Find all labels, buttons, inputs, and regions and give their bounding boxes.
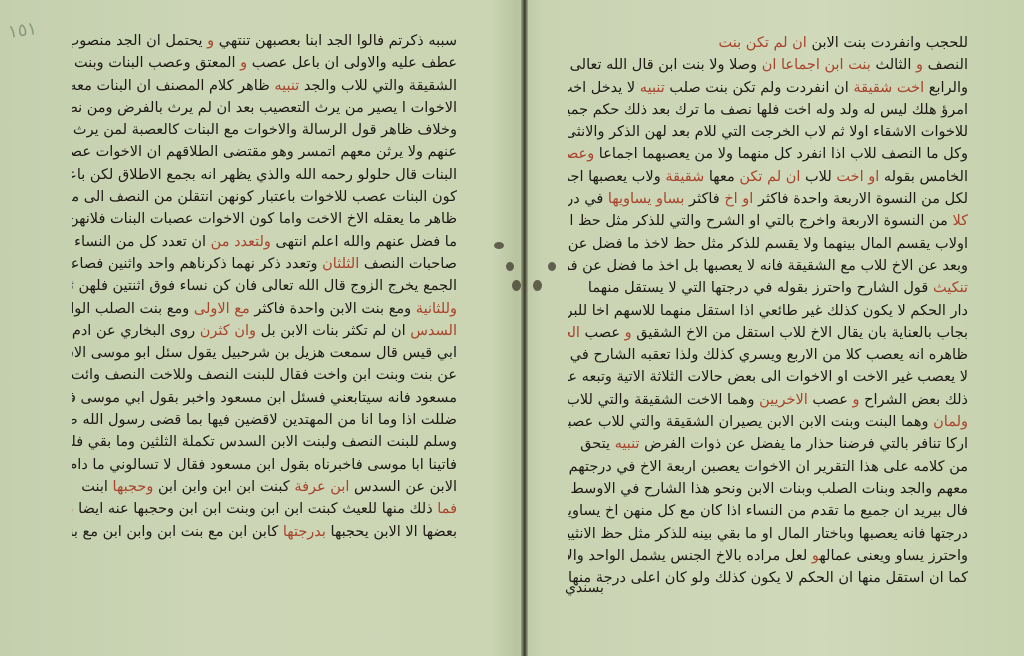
rubric-word: السدس xyxy=(410,323,457,339)
text-line: والرابع اخت شقيقة ان انفردت ولم تكن بنت … xyxy=(568,77,968,99)
text-line: كلا من النسوة الاربعة واخرج بالتي او الش… xyxy=(568,210,968,232)
text-segment: النصف xyxy=(923,57,968,73)
rubric-word: الجد xyxy=(568,325,580,341)
text-segment: والرابع xyxy=(924,80,968,96)
text-line: وللثانية ومع بنت الابن واحدة فاكثر مع ال… xyxy=(72,298,457,320)
rubric-word: الاخريين xyxy=(759,392,808,408)
text-line: من كلامه على هذا التقرير ان الاخوات يعصب… xyxy=(568,456,968,478)
text-line: ابي قيس قال سمعت هزيل بن شرحبيل يقول سئل… xyxy=(72,342,457,364)
rubric-word: كلا xyxy=(952,213,968,229)
text-segment: ولاب يعصبها اجماعا xyxy=(568,169,665,185)
text-line: للحجب وانفردت بنت الابن ان لم تكن بنت xyxy=(568,32,968,54)
text-segment: الاخوات ا يصير من يرث التعصيب بعد ان لم … xyxy=(72,100,457,116)
text-segment: درجتها فانه يعصبها وباختار المال او ما ب… xyxy=(568,526,968,542)
text-segment: امرؤ هلك ليس له ولد وله اخت فلها نصف ما … xyxy=(568,102,968,118)
text-line: البنات قال حلولو رحمه الله والذي يظهر ان… xyxy=(72,164,457,186)
text-segment: اولاب يقسم المال بينهما ولا يقسم للذكر م… xyxy=(568,236,968,252)
text-segment: ظاهر كلام المصنف ان البنات معه التي عصب xyxy=(72,78,274,94)
text-segment: اركا تنافر بالتي فرضنا حذار ما يفضل عن ذ… xyxy=(640,436,968,452)
text-segment: وصلا ولا بنت ابن قال الله تعالى ان xyxy=(568,57,762,73)
text-segment: عطف عليه والاولى ان باعل عصب xyxy=(247,55,457,71)
book-gutter xyxy=(521,0,528,656)
text-line: درجتها فانه يعصبها وباختار المال او ما ب… xyxy=(568,523,968,545)
text-segment: وبعد عن الاخ للاب مع الشقيقة فانه لا يعص… xyxy=(568,258,968,274)
text-segment: ابي قيس قال سمعت هزيل بن شرحبيل يقول سئل… xyxy=(72,345,457,361)
text-line: سببه ذكرتم فالوا الجد ابنا بعصبهن تنتهي … xyxy=(72,30,457,52)
text-segment: معهم والجد وبنات الصلب وبنات الابن ونحو … xyxy=(568,481,968,497)
text-segment: كبنت ابن ابن وابن ابن xyxy=(153,479,294,495)
text-line: معهم والجد وبنات الصلب وبنات الابن ونحو … xyxy=(568,478,968,500)
rubric-word: و xyxy=(625,325,632,341)
text-segment: عن بنت وبنت ابن واخت فقال للبنت النصف ول… xyxy=(72,367,457,383)
folio-number: ١٥١ xyxy=(7,18,39,43)
text-segment: كون البنات عصب للاخوات باعتبار كونهن انت… xyxy=(72,189,457,205)
text-line: واحترز يساو ويعنى عمالهو لعل مراده بالاخ… xyxy=(568,545,968,567)
text-line: وسلم للبنت النصف ولبنت الابن السدس تكملة… xyxy=(72,431,457,453)
text-segment: عصب xyxy=(580,325,625,341)
rubric-word: فما xyxy=(437,501,457,517)
text-segment: بعضها الا الابن يحجبها xyxy=(326,524,457,540)
text-line: عطف عليه والاولى ان باعل عصب و المعتق وع… xyxy=(72,52,457,74)
rubric-word: بدرجتها xyxy=(283,524,326,540)
rubric-word: بنت ابن اجماعا ان xyxy=(762,57,871,73)
text-segment: ضللت اذا وما انا من المهتدين لاقضين فيها… xyxy=(72,412,457,428)
text-segment: ظاهر ما يعقله الاخ الاخت واما كون الاخوا… xyxy=(72,211,457,227)
text-segment: عنهم ولا يرثن معهم اتمسر وهو مقتضى الطلا… xyxy=(72,144,457,160)
text-line: اركا تنافر بالتي فرضنا حذار ما يفضل عن ذ… xyxy=(568,433,968,455)
rubric-word: تنبيه xyxy=(615,436,640,452)
text-segment: الابن عن السدس xyxy=(349,479,457,495)
text-segment: لا يدخل اخت شامل xyxy=(568,80,640,96)
rubric-word: مع الاولى xyxy=(194,301,250,317)
text-line: وبعد عن الاخ للاب مع الشقيقة فانه لا يعص… xyxy=(568,255,968,277)
text-segment: ذلك بعض الشراح xyxy=(860,392,969,408)
text-segment: من النسوة الاربعة واخرج بالتي او الشرح و… xyxy=(568,213,952,229)
rubric-word: الثلثان xyxy=(322,256,359,272)
text-segment: دار الحكم لا يكون كذلك غير طائعي اذا است… xyxy=(568,303,968,319)
text-segment: يحتمل ان الجد منصوب والاخرين xyxy=(72,33,207,49)
text-line: فاتينا ابا موسى فاخبرناه بقول ابن مسعود … xyxy=(72,454,457,476)
text-line: ولمان وهما البنت وبنت الابن الابن يصيران… xyxy=(568,411,968,433)
text-segment: فاكثر xyxy=(684,191,724,207)
text-segment: ابنت xyxy=(81,479,112,495)
text-line: الابن عن السدس ابن عرفة كبنت ابن ابن واب… xyxy=(72,476,457,498)
rubric-word: وان كثرن xyxy=(200,323,256,339)
rubric-word: وللثانية xyxy=(416,301,457,317)
text-line: لا يعصب غير الاخت او الاخوات الى بعض حال… xyxy=(568,366,968,388)
text-segment: ظاهره انه يعصب كلا من الاربع ويسري كذلك … xyxy=(568,347,968,363)
text-line: مسعود فانه سيتابعني فسئل ابن مسعود واخبر… xyxy=(72,387,457,409)
text-line: بجاب بالعناية بان يقال الاخ للاب استقل م… xyxy=(568,322,968,344)
text-segment: ومع بنت الابن واحدة فاكثر xyxy=(250,301,416,317)
rubric-word: تنبيه xyxy=(274,78,299,94)
right-page-text: للحجب وانفردت بنت الابن ان لم تكن بنتالن… xyxy=(568,32,968,589)
text-segment: فال بيريد ان جميع ما تقدم من النساء اذا … xyxy=(568,503,968,519)
text-line: للاخوات الاشقاء اولا ثم لاب الخرجت التي … xyxy=(568,121,968,143)
text-segment: صاحبات النصف xyxy=(359,256,457,272)
text-line: اولاب يقسم المال بينهما ولا يقسم للذكر م… xyxy=(568,233,968,255)
text-segment: الجمع يخرج الزوج قال الله تعالى فان كن ن… xyxy=(72,278,457,294)
rubric-word: و xyxy=(852,392,859,408)
text-segment: واحترز يساو ويعنى عماله xyxy=(819,548,968,564)
binding-hole xyxy=(506,262,514,271)
left-page-text: سببه ذكرتم فالوا الجد ابنا بعصبهن تنتهي … xyxy=(72,30,457,543)
text-segment: ان تعدد كل من النساء الاربع xyxy=(72,234,211,250)
text-segment: ما فضل عنهم والله اعلم انتهى xyxy=(271,234,457,250)
text-line: الشقيقة والتي للاب والجد تنبيه ظاهر كلام… xyxy=(72,75,457,97)
text-line: بعضها الا الابن يحجبها بدرجتها كابن ابن … xyxy=(72,521,457,543)
text-line: ذلك بعض الشراح و عصب الاخريين وهما الاخت… xyxy=(568,389,968,411)
text-segment: وتعدد ذكر نهما ذكرناهم واحد واثنين فصاعد… xyxy=(72,256,322,272)
text-line: الجمع يخرج الزوج قال الله تعالى فان كن ن… xyxy=(72,275,457,297)
rubric-word: وعصب xyxy=(568,146,594,162)
text-segment: وخلاف ظاهر قول الرسالة والاخوات مع البنا… xyxy=(72,122,457,138)
text-segment: لا يعصب غير الاخت او الاخوات الى بعض حال… xyxy=(568,369,968,385)
rubric-word: و xyxy=(916,57,923,73)
rubric-word: ابن عرفة xyxy=(294,479,349,495)
text-segment: ومع بنت الصلب الواحدة اله xyxy=(72,301,194,317)
rubric-word: شقيقة xyxy=(665,169,704,185)
text-line: السدس ان لم تكثر بنات الابن بل وان كثرن … xyxy=(72,320,457,342)
text-line: النصف و الثالث بنت ابن اجماعا ان وصلا ول… xyxy=(568,54,968,76)
text-segment: الشقيقة والتي للاب والجد xyxy=(299,78,457,94)
text-segment: عصب xyxy=(808,392,853,408)
text-line: لكل من النسوة الاربعة واحدة فاكثر او اخ … xyxy=(568,188,968,210)
rubric-word: اخت شقيقة xyxy=(853,80,924,96)
text-line: ظاهره انه يعصب كلا من الاربع ويسري كذلك … xyxy=(568,344,968,366)
text-segment: كما ان استقل منها ان الحكم لا يكون كذلك … xyxy=(568,570,968,586)
text-segment: من كلامه على هذا التقرير ان الاخوات يعصب… xyxy=(568,459,968,475)
rubric-word: ولتعدد من xyxy=(211,234,271,250)
rubric-word: ولمان xyxy=(933,414,968,430)
rubric-word: بساو يساويها xyxy=(608,191,685,207)
right-page: للحجب وانفردت بنت الابن ان لم تكن بنتالن… xyxy=(528,0,1024,656)
text-segment: يتحق xyxy=(580,436,614,452)
text-segment: لكل من النسوة الاربعة واحدة فاكثر xyxy=(753,191,968,207)
rubric-word: تنبيه xyxy=(640,80,665,96)
catchword: بسندي xyxy=(565,580,604,596)
text-line: كون البنات عصب للاخوات باعتبار كونهن انت… xyxy=(72,186,457,208)
rubric-word: او اخت xyxy=(836,169,879,185)
text-segment: روى البخاري عن ادم عن ابي سعيد xyxy=(72,323,200,339)
text-segment: بجاب بالعناية بان يقال الاخ للاب استقل م… xyxy=(632,325,968,341)
text-segment: سببه ذكرتم فالوا الجد ابنا بعصبهن تنتهي xyxy=(214,33,457,49)
text-line: ضللت اذا وما انا من المهتدين لاقضين فيها… xyxy=(72,409,457,431)
text-segment: وهما الاخت الشقيقة والتي للاب xyxy=(568,392,759,408)
rubric-word: او اخ xyxy=(724,191,753,207)
text-segment: فاتينا ابا موسى فاخبرناه بقول ابن مسعود … xyxy=(72,457,457,473)
text-line: وخلاف ظاهر قول الرسالة والاخوات مع البنا… xyxy=(72,119,457,141)
text-line: ما فضل عنهم والله اعلم انتهى ولتعدد من ا… xyxy=(72,231,457,253)
text-segment: المعتق وعصب البنات وبنت الابن الاخت xyxy=(72,55,240,71)
text-segment: ان انفردت ولم تكن بنت صلب xyxy=(665,80,854,96)
text-segment: لعل مراده بالاخ الجنس يشمل الواحد والاكث… xyxy=(568,548,812,564)
text-line: عن بنت وبنت ابن واخت فقال للبنت النصف ول… xyxy=(72,364,457,386)
text-segment: قول الشارح واحترز بقوله في درجتها التي ل… xyxy=(588,280,933,296)
text-line: فما ذلك منها للعيث كبنت ابن ابن وبنت ابن… xyxy=(72,498,457,520)
text-segment: وسلم للبنت النصف ولبنت الابن السدس تكملة… xyxy=(72,434,457,450)
binding-hole xyxy=(494,242,504,249)
text-segment: معها xyxy=(704,169,739,185)
text-line: دار الحكم لا يكون كذلك غير طائعي اذا است… xyxy=(568,300,968,322)
text-segment: ان لم تكثر بنات الابن بل xyxy=(256,323,410,339)
text-segment: للحجب وانفردت بنت الابن xyxy=(807,35,968,51)
text-segment: في درجتها شقيق xyxy=(568,191,608,207)
rubric-word: وحجبها xyxy=(113,479,154,495)
text-segment: للاخوات الاشقاء اولا ثم لاب الخرجت التي … xyxy=(568,124,968,140)
left-page: ١٥١ سببه ذكرتم فالوا الجد ابنا بعصبهن تن… xyxy=(0,0,522,656)
text-line: عنهم ولا يرثن معهم اتمسر وهو مقتضى الطلا… xyxy=(72,141,457,163)
text-line: الخامس بقوله او اخت للاب ان لم تكن معها … xyxy=(568,166,968,188)
text-line: كما ان استقل منها ان الحكم لا يكون كذلك … xyxy=(568,567,968,589)
text-segment: وكل ما النصف للاب اذا انفرد كل منهما ولا… xyxy=(594,146,968,162)
binding-hole xyxy=(512,280,521,291)
text-line: فال بيريد ان جميع ما تقدم من النساء اذا … xyxy=(568,500,968,522)
rubric-word: ان لم تكن xyxy=(739,169,800,185)
text-line: صاحبات النصف الثلثان وتعدد ذكر نهما ذكرن… xyxy=(72,253,457,275)
rubric-word: ان لم تكن بنت xyxy=(719,35,807,51)
text-segment: وهما البنت وبنت الابن الابن يصيران الشقي… xyxy=(568,414,933,430)
text-line: ظاهر ما يعقله الاخ الاخت واما كون الاخوا… xyxy=(72,208,457,230)
text-segment: الثالث xyxy=(871,57,916,73)
text-line: تنكيث قول الشارح واحترز بقوله في درجتها … xyxy=(568,277,968,299)
text-line: امرؤ هلك ليس له ولد وله اخت فلها نصف ما … xyxy=(568,99,968,121)
text-segment: البنات قال حلولو رحمه الله والذي يظهر ان… xyxy=(72,167,457,183)
text-segment: الخامس بقوله xyxy=(879,169,968,185)
text-segment: مسعود فانه سيتابعني فسئل ابن مسعود واخبر… xyxy=(72,390,457,406)
text-segment: ذلك منها للعيث كبنت ابن ابن وبنت ابن ابن… xyxy=(74,501,438,517)
text-segment: للاب xyxy=(800,169,836,185)
rubric-word: تنكيث xyxy=(933,280,968,296)
text-line: وكل ما النصف للاب اذا انفرد كل منهما ولا… xyxy=(568,143,968,165)
text-line: الاخوات ا يصير من يرث التعصيب بعد ان لم … xyxy=(72,97,457,119)
text-segment: كابن ابن مع بنت ابن وابن ابن مع بنت ابن … xyxy=(72,524,283,540)
